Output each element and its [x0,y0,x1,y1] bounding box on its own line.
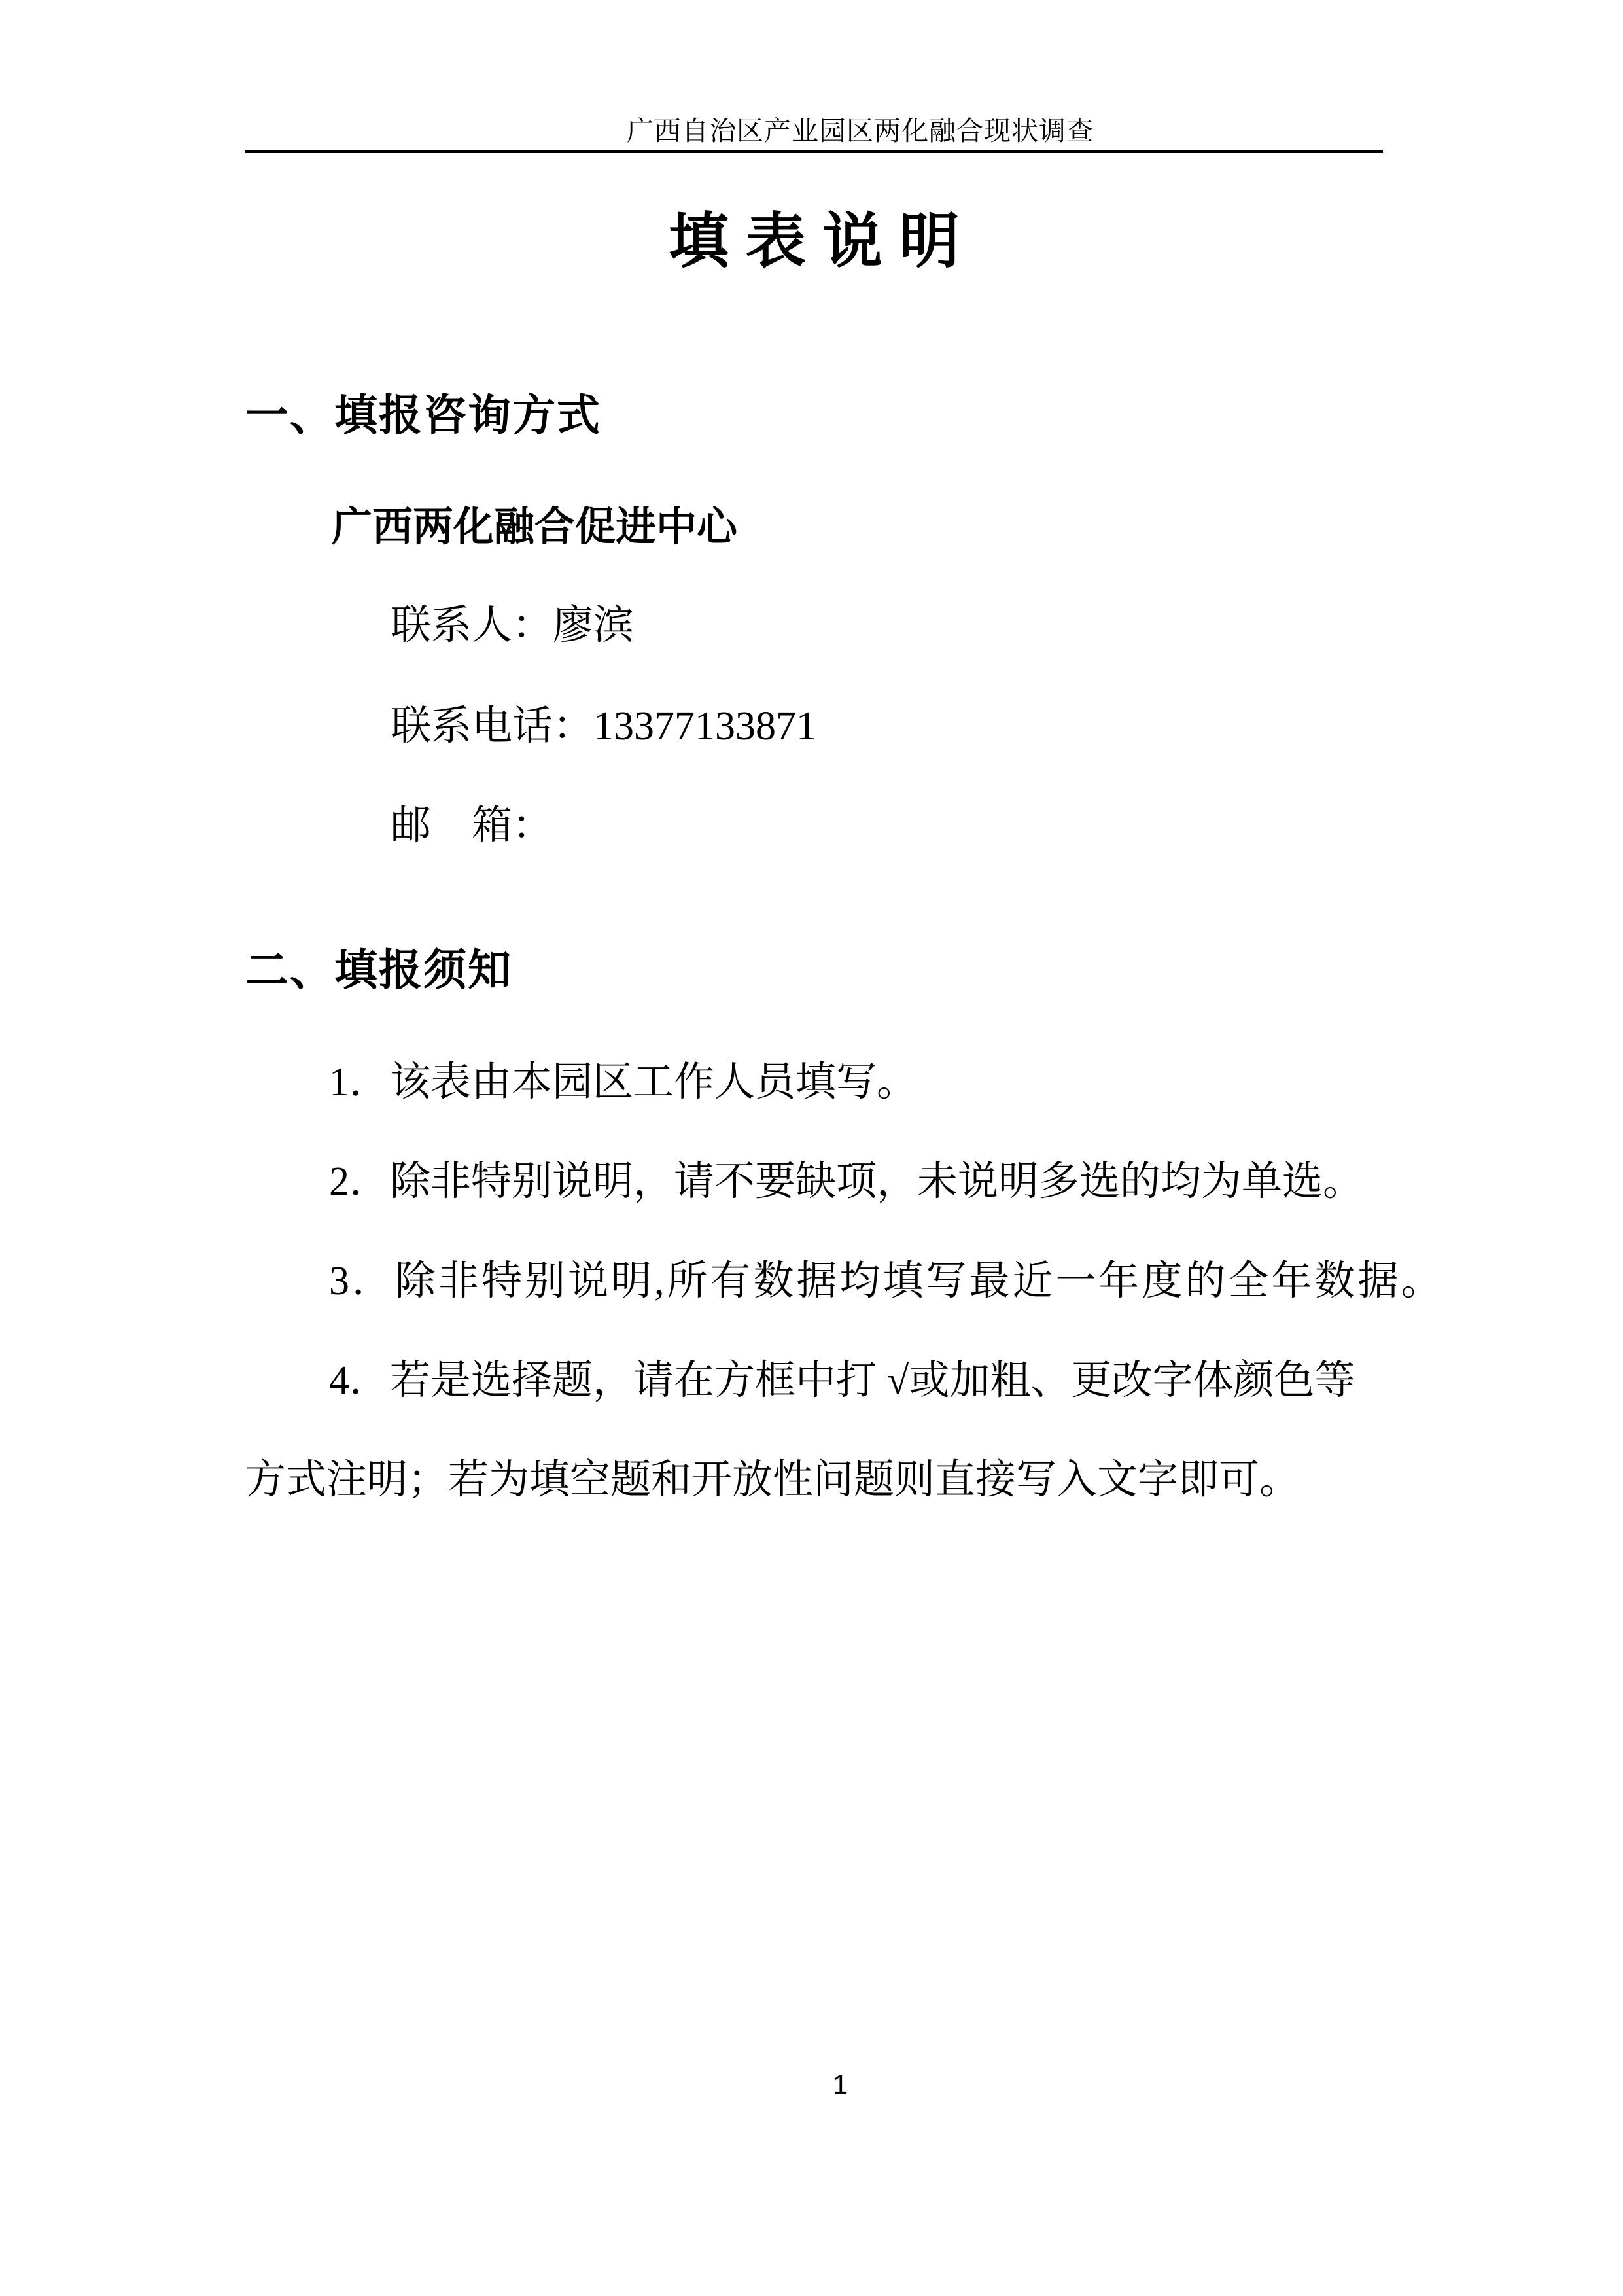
note-item-1: 1．该表由本园区工作人员填写。 [329,1060,917,1105]
document-page: 广西自治区产业园区两化融合现状调查 填 表 说 明 一、填报咨询方式 广西两化融… [0,0,1623,2296]
organization-name: 广西两化融合促进中心 [332,505,737,550]
section-1-heading: 一、填报咨询方式 [245,391,601,440]
note-item-4-line-1: 4．若是选择题，请在方框中打 √或加粗、更改字体颜色等 [329,1358,1355,1404]
note-item-3: 3．除非特别说明,所有数据均填写最近一年度的全年数据。 [329,1259,1444,1304]
contact-person-value: 廖滨 [553,603,634,648]
contact-phone-line: 联系电话：13377133871 [391,704,816,749]
contact-person-label: 联系人： [391,603,553,648]
header-divider-rule [245,150,1383,153]
contact-email-line: 邮 箱： [391,804,553,849]
contact-phone-value: 13377133871 [593,704,816,749]
page-header-title: 广西自治区产业园区两化融合现状调查 [627,116,1094,147]
page-number: 1 [0,2069,1623,2100]
note-item-4-line-2: 方式注明；若为填空题和开放性问题则直接写入文字即可。 [245,1458,1300,1503]
contact-person-line: 联系人：廖滨 [391,603,634,648]
contact-email-label: 邮 箱： [391,804,553,848]
section-2-heading: 二、填报须知 [245,946,512,995]
contact-phone-label: 联系电话： [391,704,593,749]
note-item-2: 2．除非特别说明，请不要缺项，未说明多选的均为单选。 [329,1159,1363,1205]
document-title: 填 表 说 明 [245,208,1383,275]
